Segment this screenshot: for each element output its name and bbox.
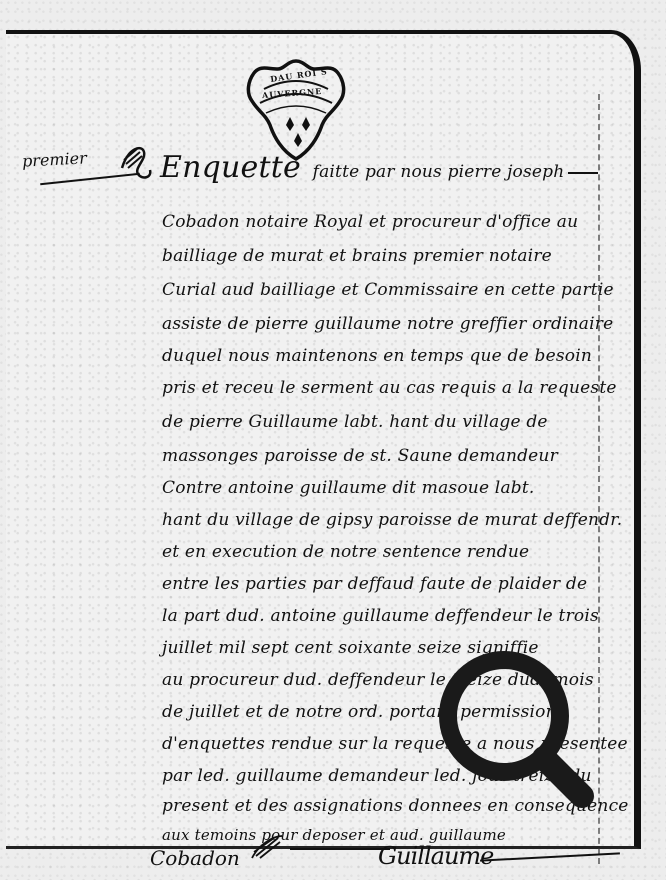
signature-right: Guillaume — [378, 842, 493, 870]
text-line: assiste de pierre guillaume notre greffi… — [162, 314, 613, 334]
text-line: et en execution de notre sentence rendue — [162, 542, 529, 562]
signature-left: Cobadon — [150, 846, 240, 870]
text-line: de pierre Guillaume labt. hant du villag… — [162, 412, 548, 432]
text-line: Cobadon notaire Royal et procureur d'off… — [162, 212, 578, 232]
magnifying-glass-icon[interactable] — [432, 646, 602, 816]
text-line: hant du village de gipsy paroisse de mur… — [162, 510, 622, 530]
text-line: bailliage de murat et brains premier not… — [162, 246, 552, 266]
text-line: pris et receu le serment au cas requis a… — [162, 378, 617, 398]
text-line: Enquette faitte par nous pierre joseph — [160, 150, 598, 185]
paraph-flourish-icon — [108, 138, 156, 186]
text-line: Contre antoine guillaume dit masoue labt… — [162, 478, 535, 498]
signature-underline — [290, 848, 390, 850]
text-line: entre les parties par deffaud faute de p… — [162, 574, 587, 594]
text-line: la part dud. antoine guillaume deffendeu… — [162, 606, 599, 626]
margin-note: premier — [22, 148, 88, 170]
text-line: Curial aud bailliage et Commissaire en c… — [162, 280, 614, 300]
signature-paraph-icon — [248, 832, 288, 862]
text-line: duquel nous maintenons en temps que de b… — [162, 346, 592, 366]
document-title: Enquette — [160, 150, 301, 185]
text-line: massonges paroisse de st. Saune demandeu… — [162, 446, 558, 466]
